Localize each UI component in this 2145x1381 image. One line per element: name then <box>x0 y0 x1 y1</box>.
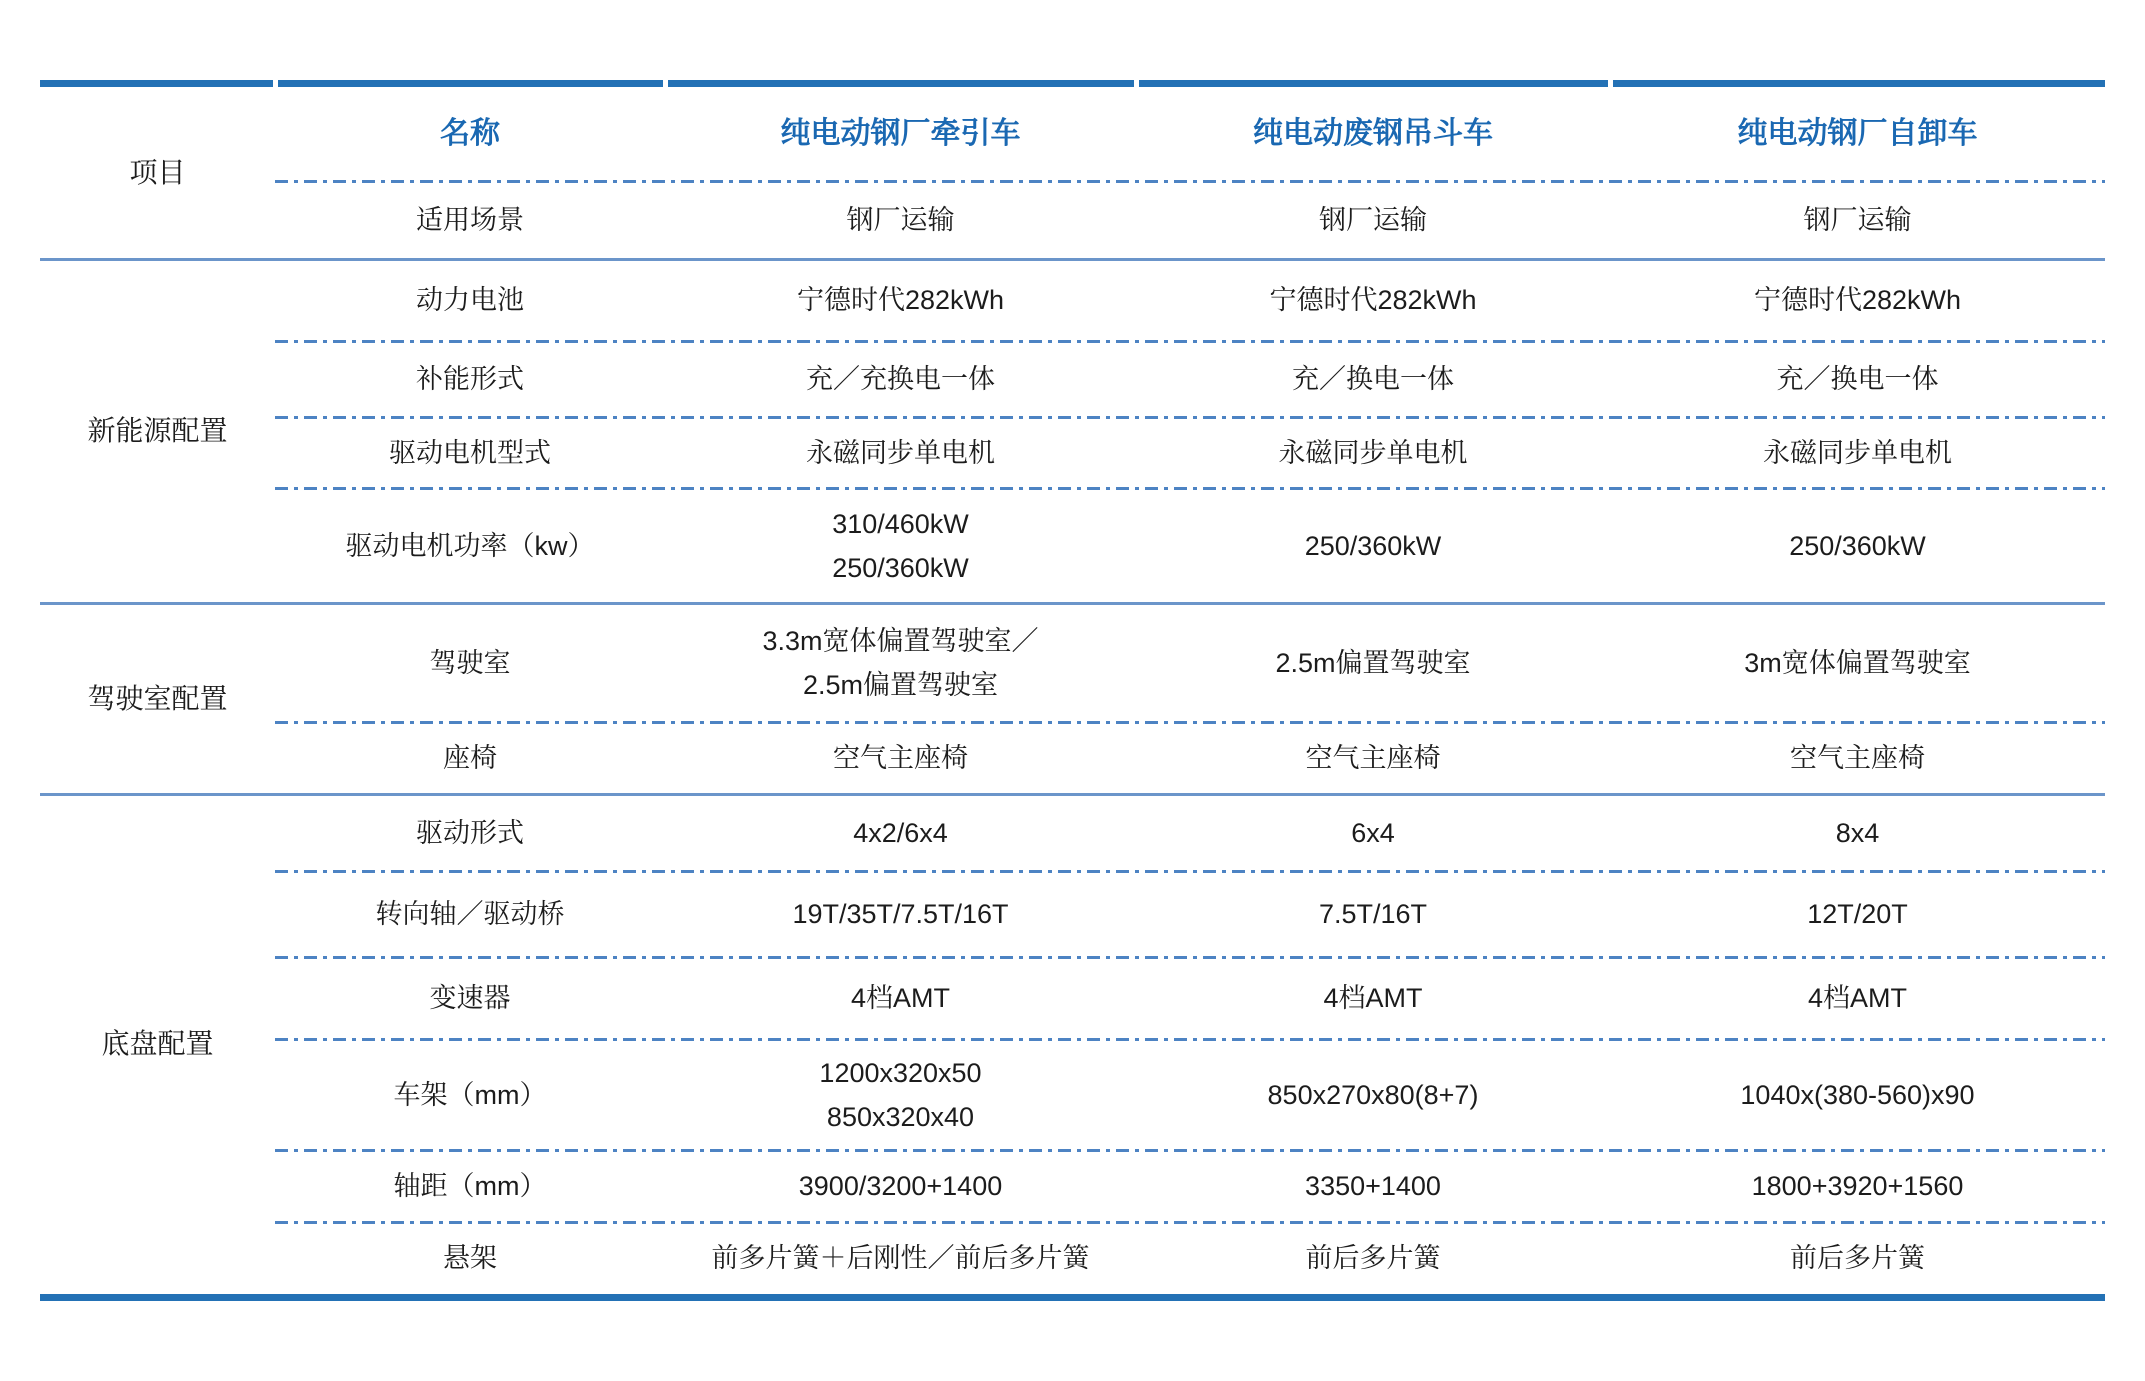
row-separator <box>275 1221 2105 1224</box>
cell-motor-type-truck-2: 永磁同步单电机 <box>1136 417 1610 488</box>
row-label-cab: 驾驶室 <box>275 603 665 722</box>
table-top-border <box>1613 80 2105 87</box>
row-label-motor-power: 驱动电机功率（kw） <box>275 488 665 603</box>
table-top-border <box>1139 80 1608 87</box>
cell-recharge-truck-1: 充／充换电一体 <box>665 341 1136 417</box>
cell-scenario-truck-1: 钢厂运输 <box>665 181 1136 259</box>
row-separator <box>275 1149 2105 1152</box>
cell-wheelbase-truck-2: 3350+1400 <box>1136 1150 1610 1222</box>
cell-wheelbase-truck-1: 3900/3200+1400 <box>665 1150 1136 1222</box>
cell-motor-type-truck-3: 永磁同步单电机 <box>1610 417 2105 488</box>
cell-frame-truck-3: 1040x(380-560)x90 <box>1610 1039 2105 1150</box>
row-separator <box>275 487 2105 490</box>
spec-grid: 项目 新能源配置 驾驶室配置 底盘配置 名称 纯电动钢厂牵引车 纯电动废钢吊斗车… <box>40 87 2105 1294</box>
row-separator <box>275 340 2105 343</box>
section-label-cab: 驾驶室配置 <box>40 603 275 794</box>
cell-suspension-truck-2: 前后多片簧 <box>1136 1222 1610 1294</box>
vehicle-spec-page: 项目 新能源配置 驾驶室配置 底盘配置 名称 纯电动钢厂牵引车 纯电动废钢吊斗车… <box>0 0 2145 1381</box>
row-label-scenario: 适用场景 <box>275 181 665 259</box>
cell-drive-type-truck-3: 8x4 <box>1610 794 2105 871</box>
cell-wheelbase-truck-3: 1800+3920+1560 <box>1610 1150 2105 1222</box>
section-label-new-energy: 新能源配置 <box>40 259 275 603</box>
section-separator <box>40 602 2105 605</box>
row-label-axle: 转向轴／驱动桥 <box>275 871 665 957</box>
column-header-truck-2: 纯电动废钢吊斗车 <box>1136 87 1610 181</box>
cell-transmission-truck-1: 4档AMT <box>665 957 1136 1039</box>
cell-axle-truck-3: 12T/20T <box>1610 871 2105 957</box>
row-separator <box>275 1038 2105 1041</box>
cell-cab-truck-1: 3.3m宽体偏置驾驶室／ 2.5m偏置驾驶室 <box>665 603 1136 722</box>
row-label-battery: 动力电池 <box>275 259 665 341</box>
cell-motor-type-truck-1: 永磁同步单电机 <box>665 417 1136 488</box>
cell-battery-truck-3: 宁德时代282kWh <box>1610 259 2105 341</box>
cell-recharge-truck-2: 充／换电一体 <box>1136 341 1610 417</box>
row-separator <box>275 180 2105 183</box>
cell-frame-truck-1: 1200x320x50 850x320x40 <box>665 1039 1136 1150</box>
row-label-transmission: 变速器 <box>275 957 665 1039</box>
row-label-recharge: 补能形式 <box>275 341 665 417</box>
cell-seat-truck-3: 空气主座椅 <box>1610 722 2105 794</box>
section-label-chassis: 底盘配置 <box>40 794 275 1294</box>
cell-cab-truck-3: 3m宽体偏置驾驶室 <box>1610 603 2105 722</box>
row-separator <box>275 721 2105 724</box>
row-label-seat: 座椅 <box>275 722 665 794</box>
vehicle-spec-table: 项目 新能源配置 驾驶室配置 底盘配置 名称 纯电动钢厂牵引车 纯电动废钢吊斗车… <box>40 80 2105 1301</box>
column-header-truck-3: 纯电动钢厂自卸车 <box>1610 87 2105 181</box>
cell-motor-power-truck-1: 310/460kW 250/360kW <box>665 488 1136 603</box>
header-name-label: 名称 <box>275 87 665 181</box>
cell-battery-truck-2: 宁德时代282kWh <box>1136 259 1610 341</box>
row-label-frame: 车架（mm） <box>275 1039 665 1150</box>
table-top-border <box>668 80 1134 87</box>
cell-motor-power-truck-3: 250/360kW <box>1610 488 2105 603</box>
cell-scenario-truck-2: 钢厂运输 <box>1136 181 1610 259</box>
row-label-drive-type: 驱动形式 <box>275 794 665 871</box>
table-bottom-border <box>40 1294 2105 1301</box>
cell-suspension-truck-3: 前后多片簧 <box>1610 1222 2105 1294</box>
cell-battery-truck-1: 宁德时代282kWh <box>665 259 1136 341</box>
cell-axle-truck-2: 7.5T/16T <box>1136 871 1610 957</box>
row-separator <box>275 870 2105 873</box>
cell-motor-power-truck-2: 250/360kW <box>1136 488 1610 603</box>
cell-axle-truck-1: 19T/35T/7.5T/16T <box>665 871 1136 957</box>
row-label-suspension: 悬架 <box>275 1222 665 1294</box>
cell-suspension-truck-1: 前多片簧＋后刚性／前后多片簧 <box>665 1222 1136 1294</box>
cell-scenario-truck-3: 钢厂运输 <box>1610 181 2105 259</box>
section-separator <box>40 793 2105 796</box>
row-separator <box>275 416 2105 419</box>
cell-transmission-truck-3: 4档AMT <box>1610 957 2105 1039</box>
cell-cab-truck-2: 2.5m偏置驾驶室 <box>1136 603 1610 722</box>
cell-drive-type-truck-2: 6x4 <box>1136 794 1610 871</box>
cell-transmission-truck-2: 4档AMT <box>1136 957 1610 1039</box>
cell-recharge-truck-3: 充／换电一体 <box>1610 341 2105 417</box>
row-separator <box>275 956 2105 959</box>
section-separator <box>40 258 2105 261</box>
cell-frame-truck-2: 850x270x80(8+7) <box>1136 1039 1610 1150</box>
row-label-wheelbase: 轴距（mm） <box>275 1150 665 1222</box>
row-label-motor-type: 驱动电机型式 <box>275 417 665 488</box>
table-top-border <box>40 80 273 87</box>
section-label-project: 项目 <box>40 87 275 259</box>
table-top-border <box>278 80 663 87</box>
column-header-truck-1: 纯电动钢厂牵引车 <box>665 87 1136 181</box>
cell-seat-truck-1: 空气主座椅 <box>665 722 1136 794</box>
cell-seat-truck-2: 空气主座椅 <box>1136 722 1610 794</box>
cell-drive-type-truck-1: 4x2/6x4 <box>665 794 1136 871</box>
